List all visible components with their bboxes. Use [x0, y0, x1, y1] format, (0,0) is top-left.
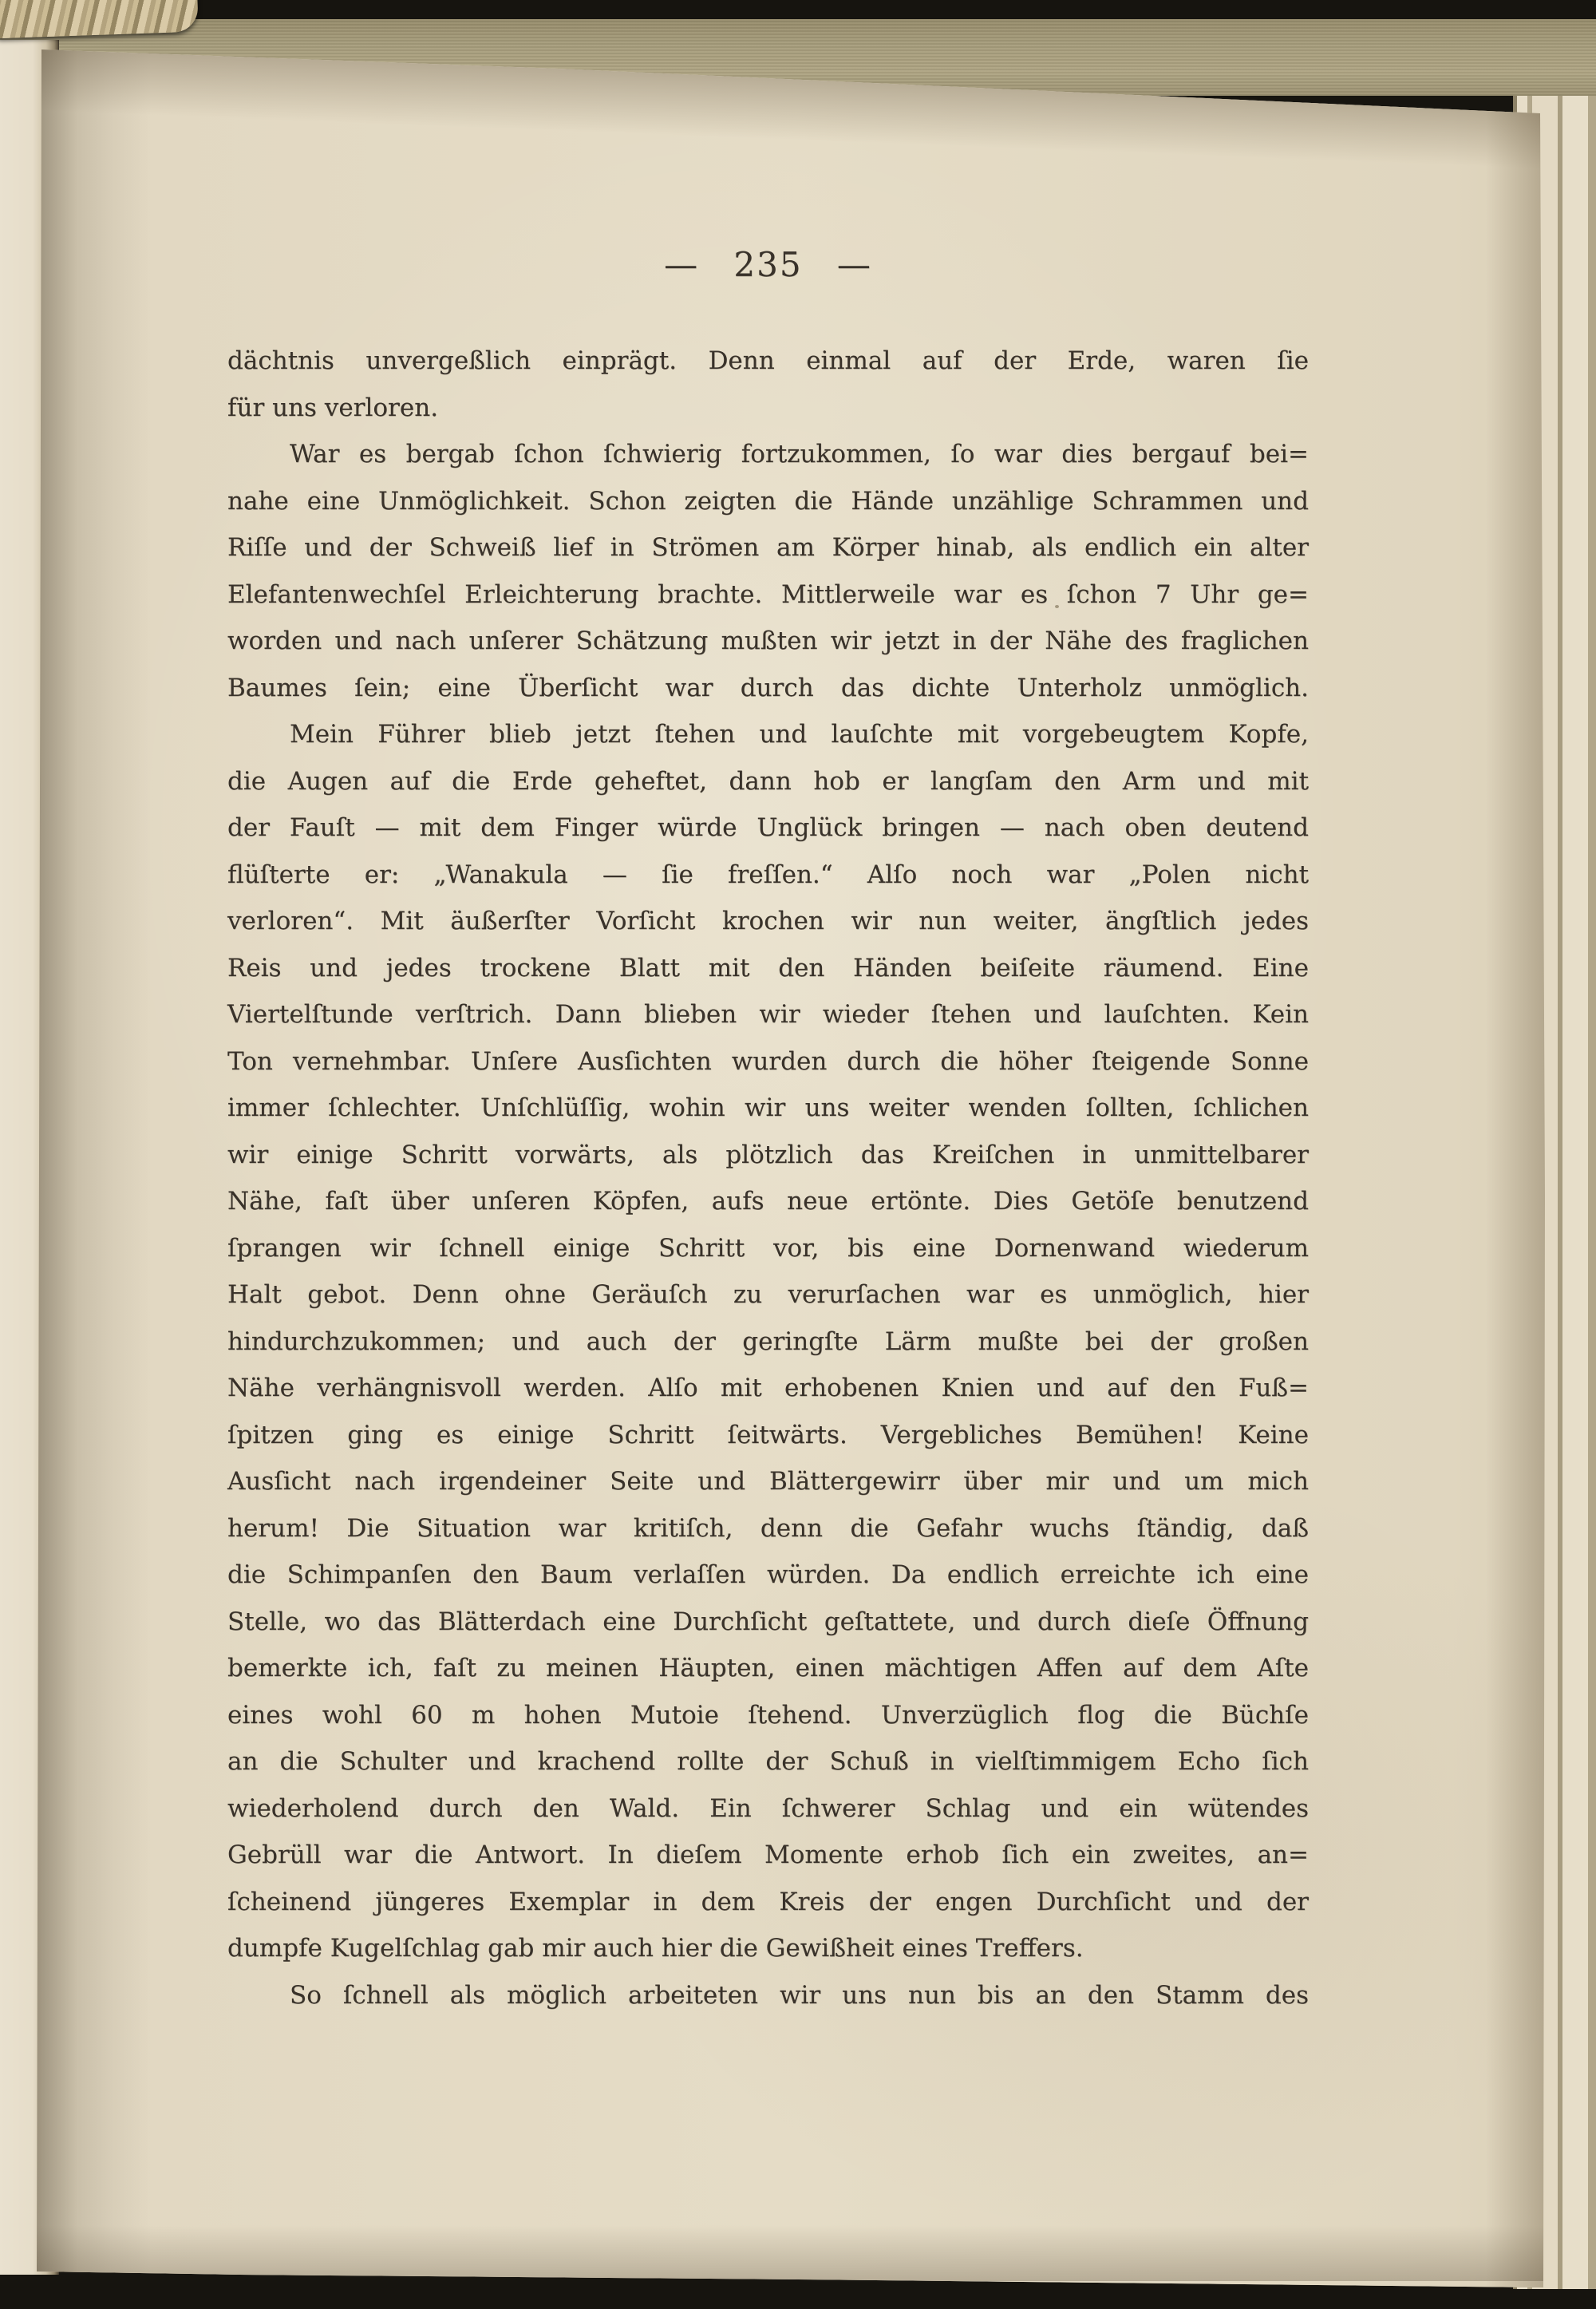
- text-line: War es bergab ſchon ſchwierig fortzukomm…: [227, 431, 1309, 478]
- text-line: Riſſe und der Schweiß lief in Strömen am…: [227, 524, 1309, 571]
- text-line: worden und nach unſerer Schätzung mußten…: [227, 618, 1309, 665]
- text-line: Ausſicht nach irgendeiner Seite und Blät…: [227, 1458, 1309, 1505]
- text-line: Mein Führer blieb jetzt ſtehen und lauſc…: [227, 711, 1309, 758]
- page-bottom-shadow: [0, 2225, 1596, 2281]
- text-line: Gebrüll war die Antwort. In dieſem Momen…: [227, 1832, 1309, 1879]
- text-line: an die Schulter und krachend rollte der …: [227, 1738, 1309, 1785]
- text-line: Baumes ſein; eine Überſicht war durch da…: [227, 665, 1309, 712]
- text-line: Stelle, wo das Blätterdach eine Durchſic…: [227, 1599, 1309, 1646]
- text-line: flüſterte er: „Wanakula — ſie freſſen.“ …: [227, 852, 1309, 899]
- text-line: hindurchzukommen; und auch der geringſte…: [227, 1319, 1309, 1366]
- text-line: verloren“. Mit äußerſter Vorſicht kroche…: [227, 898, 1309, 945]
- text-line: eines wohl 60 m hohen Mutoie ſtehend. Un…: [227, 1692, 1309, 1739]
- text-line: Nähe verhängnisvoll werden. Alſo mit erh…: [227, 1365, 1309, 1412]
- text-line: wir einige Schritt vorwärts, als plötzli…: [227, 1132, 1309, 1179]
- text-line: Halt gebot. Denn ohne Geräuſch zu verurſ…: [227, 1271, 1309, 1319]
- text-line: ſcheinend jüngeres Exemplar in dem Kreis…: [227, 1879, 1309, 1926]
- text-line: nahe eine Unmöglichkeit. Schon zeigten d…: [227, 478, 1309, 525]
- text-block: dächtnis unvergeßlich einprägt. Denn ein…: [227, 338, 1309, 2018]
- text-line: dumpfe Kugelſchlag gab mir auch hier die…: [227, 1925, 1309, 1972]
- text-line: wiederholend durch den Wald. Ein ſchwere…: [227, 1785, 1309, 1833]
- text-line: immer ſchlechter. Unſchlüſſig, wohin wir…: [227, 1085, 1309, 1132]
- text-line: herum! Die Situation war kritiſch, denn …: [227, 1505, 1309, 1552]
- text-line: Reis und jedes trockene Blatt mit den Hä…: [227, 945, 1309, 992]
- text-line: Viertelſtunde verſtrich. Dann blieben wi…: [227, 991, 1309, 1038]
- text-line: Nähe, faſt über unſeren Köpfen, aufs neu…: [227, 1178, 1309, 1225]
- text-line: So ſchnell als möglich arbeiteten wir un…: [227, 1972, 1309, 2019]
- text-line: dächtnis unvergeßlich einprägt. Denn ein…: [227, 338, 1309, 385]
- page-right-shadow: [1486, 0, 1545, 2309]
- text-line: die Augen auf die Erde geheftet, dann ho…: [227, 758, 1309, 805]
- gutter-shadow: [32, 0, 152, 2309]
- text-line: die Schimpanſen den Baum verlaſſen würde…: [227, 1552, 1309, 1599]
- text-line: der Fauſt — mit dem Finger würde Unglück…: [227, 805, 1309, 852]
- text-line: Ton vernehmbar. Unſere Ausſichten wurden…: [227, 1038, 1309, 1085]
- text-line: ſpitzen ging es einige Schritt ſeitwärts…: [227, 1412, 1309, 1459]
- text-line: ſprangen wir ſchnell einige Schritt vor,…: [227, 1225, 1309, 1272]
- text-line: für uns verloren.: [227, 385, 1309, 432]
- text-line: Elefantenwechſel Erleichterung brachte. …: [227, 571, 1309, 619]
- book-page: — 235 — dächtnis unvergeßlich einprägt. …: [0, 0, 1596, 2309]
- scan-background: { "book_page": { "header": { "display": …: [0, 0, 1596, 2309]
- text-line: bemerkte ich, faſt zu meinen Häupten, ei…: [227, 1645, 1309, 1692]
- page-number: — 235 —: [227, 246, 1309, 284]
